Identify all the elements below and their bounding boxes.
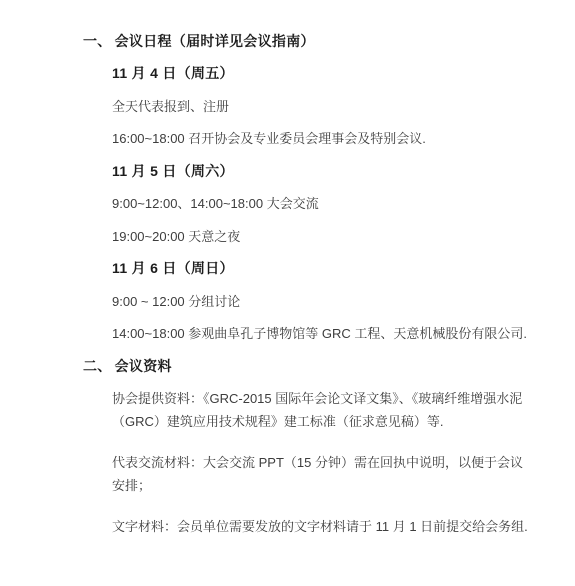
- agenda-item-tianyi-night: 19:00~20:00 天意之夜: [112, 225, 532, 249]
- agenda-item-council-meeting: 16:00~18:00 召开协会及专业委员会理事会及特别会议.: [112, 127, 532, 151]
- date-subheading-nov5: 11 月 5 日（周六）: [112, 160, 532, 184]
- section-agenda: 一、会议日程（届时详见会议指南） 11 月 4 日（周五） 全天代表报到、注册 …: [83, 30, 531, 346]
- section-materials-heading: 二、会议资料: [83, 355, 531, 378]
- section-materials: 二、会议资料 协会提供资料：《GRC-2015 国际年会论文译文集》、《玻璃纤维…: [83, 355, 531, 539]
- section-agenda-heading: 一、会议日程（届时详见会议指南）: [83, 30, 531, 53]
- section-materials-number: 二、: [83, 358, 112, 374]
- agenda-item-registration: 全天代表报到、注册: [112, 95, 532, 119]
- section-materials-title: 会议资料: [115, 358, 172, 374]
- agenda-item-conference-exchange: 9:00~12:00、14:00~18:00 大会交流: [112, 192, 532, 216]
- materials-item-written-materials: 文字材料：会员单位需要发放的文字材料请于 11 月 1 日前提交给会务组.: [112, 515, 532, 539]
- section-materials-content: 协会提供资料：《GRC-2015 国际年会论文译文集》、《玻璃纤维增强水泥（GR…: [112, 387, 532, 539]
- materials-item-delegate-exchange: 代表交流材料：大会交流 PPT（15 分钟）需在回执中说明，以便于会议安排；: [112, 451, 532, 498]
- section-agenda-content: 11 月 4 日（周五） 全天代表报到、注册 16:00~18:00 召开协会及…: [112, 62, 532, 346]
- section-agenda-number: 一、: [83, 33, 112, 49]
- document-page: 一、会议日程（届时详见会议指南） 11 月 4 日（周五） 全天代表报到、注册 …: [0, 0, 575, 586]
- agenda-item-group-discussion: 9:00 ~ 12:00 分组讨论: [112, 290, 532, 314]
- date-subheading-nov4: 11 月 4 日（周五）: [112, 62, 532, 86]
- agenda-item-site-visit: 14:00~18:00 参观曲阜孔子博物馆等 GRC 工程、天意机械股份有限公司…: [112, 322, 532, 346]
- materials-item-association-provided: 协会提供资料：《GRC-2015 国际年会论文译文集》、《玻璃纤维增强水泥（GR…: [112, 387, 532, 434]
- date-subheading-nov6: 11 月 6 日（周日）: [112, 257, 532, 281]
- section-agenda-title: 会议日程（届时详见会议指南）: [115, 33, 315, 49]
